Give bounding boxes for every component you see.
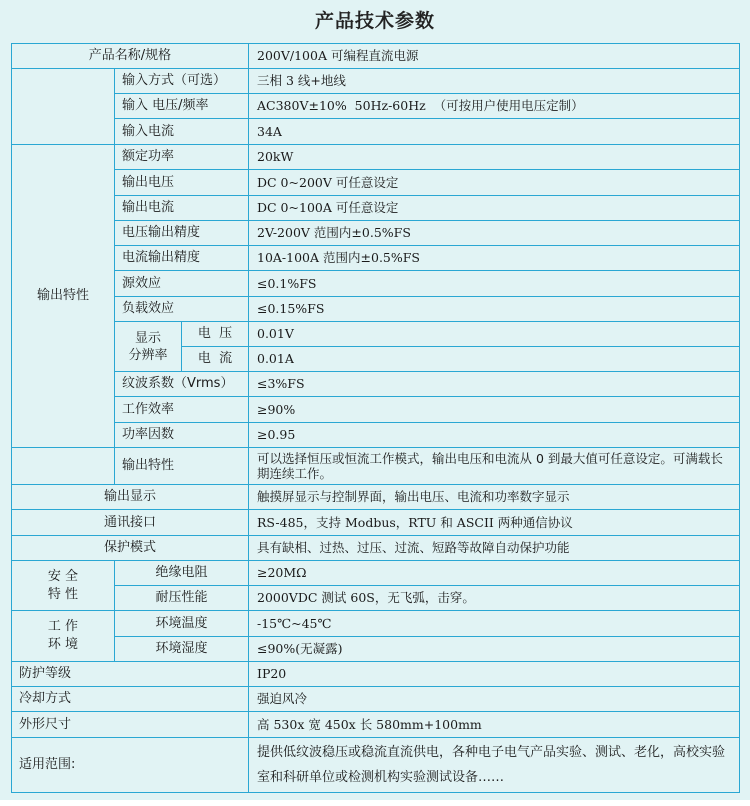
label-voltage-accuracy: 电压输出精度 [114,220,249,246]
value-withstand: 2000VDC 测试 60S，无飞弧，击穿。 [248,585,740,611]
label-cooling: 冷却方式 [11,686,249,712]
label-display-voltage: 电 压 [181,321,249,347]
label-load-effect: 负载效应 [114,296,249,322]
label-product-name: 产品名称/规格 [11,43,249,69]
value-load-effect: ≤0.15%FS [248,296,740,322]
value-source-effect: ≤0.1%FS [248,270,740,297]
label-ip-rating: 防护等级 [11,661,249,687]
label-input-current: 输入电流 [114,118,249,145]
label-ripple: 纹波系数（Vrms） [114,371,249,397]
label-dimensions: 外形尺寸 [11,711,249,738]
label-source-effect: 源效应 [114,270,249,297]
value-input-current: 34A [248,118,740,145]
value-output-current: DC 0~100A 可任意设定 [248,195,740,221]
value-dimensions: 高 530x 宽 450x 长 580mm+100mm [248,711,740,738]
value-rated-power: 20kW [248,144,740,170]
value-power-factor: ≥0.95 [248,422,740,448]
label-output-current: 输出电流 [114,195,249,221]
page-title: 产品技术参数 [0,6,750,33]
value-efficiency: ≥90% [248,396,740,423]
label-humidity: 环境湿度 [114,636,249,662]
value-output-display: 触摸屏显示与控制界面，输出电压、电流和功率数字显示 [248,484,740,510]
label-temperature: 环境温度 [114,610,249,637]
label-output-voltage: 输出电压 [114,169,249,196]
label-display-current: 电 流 [181,346,249,372]
value-humidity: ≤90%(无凝露) [248,636,740,662]
label-input-voltage: 输入 电压/频率 [114,93,249,119]
label-rated-power: 额定功率 [114,144,249,170]
value-output-characteristic: 可以选择恒压或恒流工作模式，输出电压和电流从 0 到最大值可任意设定。可满载长期… [248,447,740,485]
group-input [11,68,115,145]
label-input-mode: 输入方式（可选） [114,68,249,94]
value-display-current: 0.01A [248,346,740,372]
value-ip-rating: IP20 [248,661,740,687]
group-safety: 安 全 特 性 [11,560,115,611]
value-application: 提供低纹波稳压或稳流直流供电，各种电子电气产品实验、测试、老化，高校实验室和科研… [248,737,740,793]
label-output-display: 输出显示 [11,484,249,510]
label-display-resolution: 显示 分辨率 [114,321,182,372]
label-application: 适用范围: [11,737,249,793]
value-voltage-accuracy: 2V-200V 范围内±0.5%FS [248,220,740,246]
group-output-characteristic [11,447,115,485]
value-product-name: 200V/100A 可编程直流电源 [248,43,740,69]
value-input-voltage: AC380V±10% 50Hz-60Hz （可按用户使用电压定制） [248,93,740,119]
value-ripple: ≤3%FS [248,371,740,397]
label-efficiency: 工作效率 [114,396,249,423]
value-cooling: 强迫风冷 [248,686,740,712]
label-current-accuracy: 电流输出精度 [114,245,249,271]
value-input-mode: 三相 3 线+地线 [248,68,740,94]
value-temperature: -15℃~45℃ [248,610,740,637]
value-comm-interface: RS-485，支持 Modbus，RTU 和 ASCII 两种通信协议 [248,509,740,536]
label-withstand: 耐压性能 [114,585,249,611]
label-comm-interface: 通讯接口 [11,509,249,536]
value-current-accuracy: 10A-100A 范围内±0.5%FS [248,245,740,271]
value-insulation: ≥20MΩ [248,560,740,586]
spec-page: 产品技术参数 产品名称/规格 200V/100A 可编程直流电源 输入方式（可选… [0,0,750,800]
value-protection: 具有缺相、过热、过压、过流、短路等故障自动保护功能 [248,535,740,561]
value-display-voltage: 0.01V [248,321,740,347]
group-environment: 工 作 环 境 [11,610,115,662]
label-protection: 保护模式 [11,535,249,561]
label-power-factor: 功率因数 [114,422,249,448]
group-output: 输出特性 [11,144,115,448]
value-output-voltage: DC 0~200V 可任意设定 [248,169,740,196]
label-insulation: 绝缘电阻 [114,560,249,586]
label-output-characteristic: 输出特性 [114,447,249,485]
